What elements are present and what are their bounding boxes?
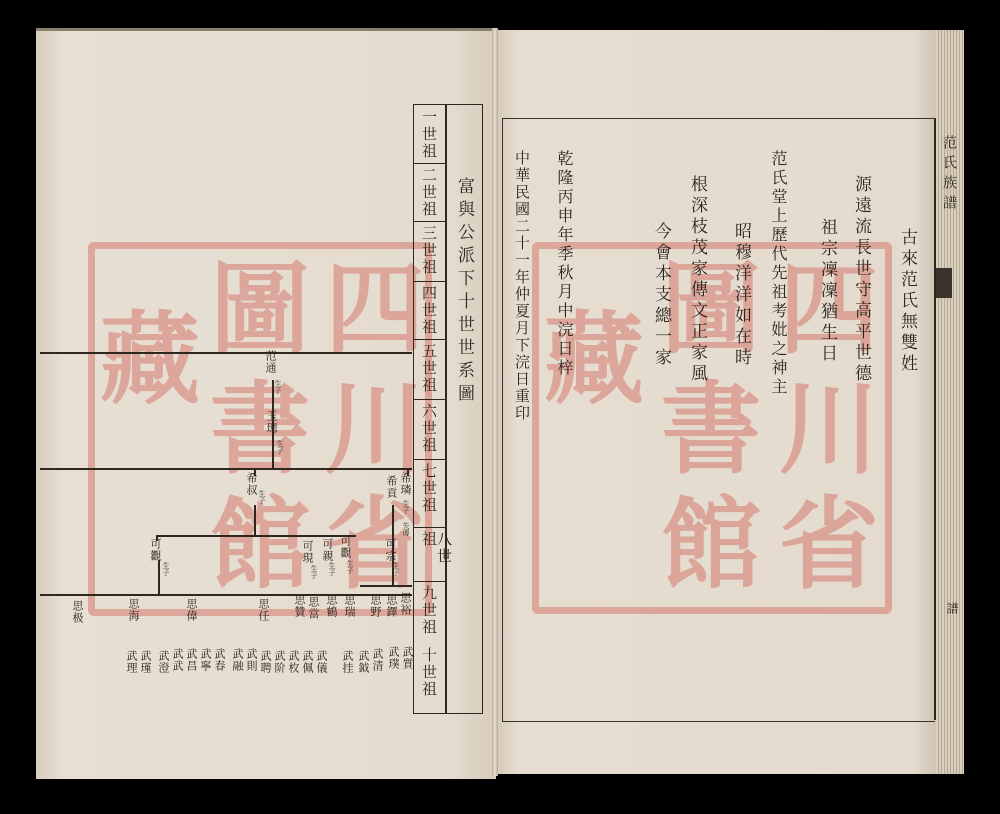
tree-line xyxy=(360,585,412,587)
tree-note: 生子 xyxy=(276,440,283,454)
tree-name: 武寧 xyxy=(200,648,211,672)
margin-rule xyxy=(934,118,936,720)
tree-name: 可親 xyxy=(322,538,333,562)
tree-name: 思海 xyxy=(128,598,139,622)
tree-name: 武佩 xyxy=(302,650,313,674)
tree-name: 武璞 xyxy=(388,646,399,670)
text-column: 源遠流長世守高平世德 xyxy=(852,175,869,385)
text-column: 今會本支總一家 xyxy=(652,222,669,369)
tree-name: 思裕 xyxy=(400,592,411,616)
generation-cell: 六世祖 xyxy=(414,399,446,460)
generation-cell: 八世祖 xyxy=(414,527,446,582)
tree-name: 武瑾 xyxy=(140,650,151,674)
tree-line xyxy=(158,560,160,594)
text-column: 乾隆丙申年季秋月中浣日梓 xyxy=(556,150,572,378)
tree-note: 生子 xyxy=(162,562,169,576)
tree-name: 武春 xyxy=(214,648,225,672)
tree-note: 生子 xyxy=(274,380,281,394)
tree-line xyxy=(156,535,356,537)
tree-note: 生子 xyxy=(328,562,335,576)
tree-name: 可觀 xyxy=(150,538,161,562)
tree-name: 武阶 xyxy=(274,650,285,674)
tree-name: 可現 xyxy=(302,540,313,564)
tree-name: 思鐸 xyxy=(386,594,397,618)
tree-name: 武儀 xyxy=(316,650,327,674)
tree-name: 武武 xyxy=(172,648,183,672)
generation-cell: 一世祖 xyxy=(414,105,446,164)
tree-name: 希叔 xyxy=(246,472,257,496)
text-column: 根深枝茂家傳文正家風 xyxy=(688,175,705,385)
library-seal-left: 四 川 省 圖 書 館 藏 xyxy=(88,242,432,616)
text-column: 古來范氏無雙姓 xyxy=(898,228,915,375)
tree-name: 武清 xyxy=(372,648,383,672)
tree-note: 生子 xyxy=(310,565,317,579)
chart-title-box: 富與公派下十世世系圖 xyxy=(445,104,483,714)
tree-name: 希璘 xyxy=(400,472,411,496)
tree-name: 武則 xyxy=(246,648,257,672)
tree-name: 思鶴 xyxy=(326,594,337,618)
tree-name: 思极 xyxy=(72,600,83,624)
generation-column: 一世祖 二世祖 三世祖 四世祖 五世祖 六世祖 七世祖 八世祖 九世祖 十世祖 xyxy=(413,104,447,714)
tree-note: 生子 xyxy=(392,562,399,576)
tree-name: 武理 xyxy=(126,650,137,674)
margin-title: 范氏族譜 xyxy=(942,135,956,215)
tree-name: 武融 xyxy=(232,648,243,672)
tree-name: 可觀 xyxy=(340,535,351,559)
tree-note: 生子 xyxy=(258,490,265,504)
tree-line xyxy=(40,352,412,354)
tree-name: 思偉 xyxy=(186,598,197,622)
tree-name: 思瑞 xyxy=(344,594,355,618)
generation-cell: 五世祖 xyxy=(414,339,446,400)
generation-cell: 三世祖 xyxy=(414,221,446,282)
generation-cell: 四世祖 xyxy=(414,281,446,340)
tree-name: 武聘 xyxy=(260,650,271,674)
tree-name: 思當 xyxy=(308,596,319,620)
generation-cell: 十世祖 xyxy=(414,643,446,713)
tree-name: 可宗 xyxy=(385,538,396,562)
page-mark: 譜 xyxy=(946,602,958,615)
text-column: 中華民國二十一年仲夏月下浣日重印 xyxy=(514,150,529,422)
tree-name: 思野 xyxy=(370,594,381,618)
tree-name: 武挂 xyxy=(342,650,353,674)
tree-name: 思任 xyxy=(258,598,269,622)
text-column: 范氏堂上歷代先祖考妣之神主 xyxy=(770,150,786,397)
tree-name: 武枚 xyxy=(288,650,299,674)
tree-name: 武鉞 xyxy=(358,650,369,674)
tree-note: 生子 失傳 xyxy=(402,500,409,536)
tree-line xyxy=(40,468,412,470)
tree-name: 武質 xyxy=(402,646,413,670)
generation-cell: 九世祖 xyxy=(414,581,446,643)
tree-name: 希貢 xyxy=(386,475,397,499)
tree-name: 武澄 xyxy=(158,650,169,674)
tree-name: 武昌 xyxy=(186,648,197,672)
tree-name: 玉璁 xyxy=(266,410,277,434)
text-column: 祖宗凜凜猶生日 xyxy=(818,218,835,365)
tree-note: 生子 xyxy=(346,560,353,574)
tree-line xyxy=(254,505,256,535)
fishtail-mark xyxy=(936,268,952,298)
chart-title: 富與公派下十世世系圖 xyxy=(455,177,472,407)
tree-name: 范通 xyxy=(265,350,276,374)
tree-line xyxy=(40,594,412,596)
book-spine xyxy=(492,28,498,776)
text-column: 昭穆洋洋如在時 xyxy=(732,222,749,369)
generation-cell: 七世祖 xyxy=(414,459,446,528)
tree-name: 思贊 xyxy=(294,594,305,618)
generation-cell: 二世祖 xyxy=(414,163,446,222)
